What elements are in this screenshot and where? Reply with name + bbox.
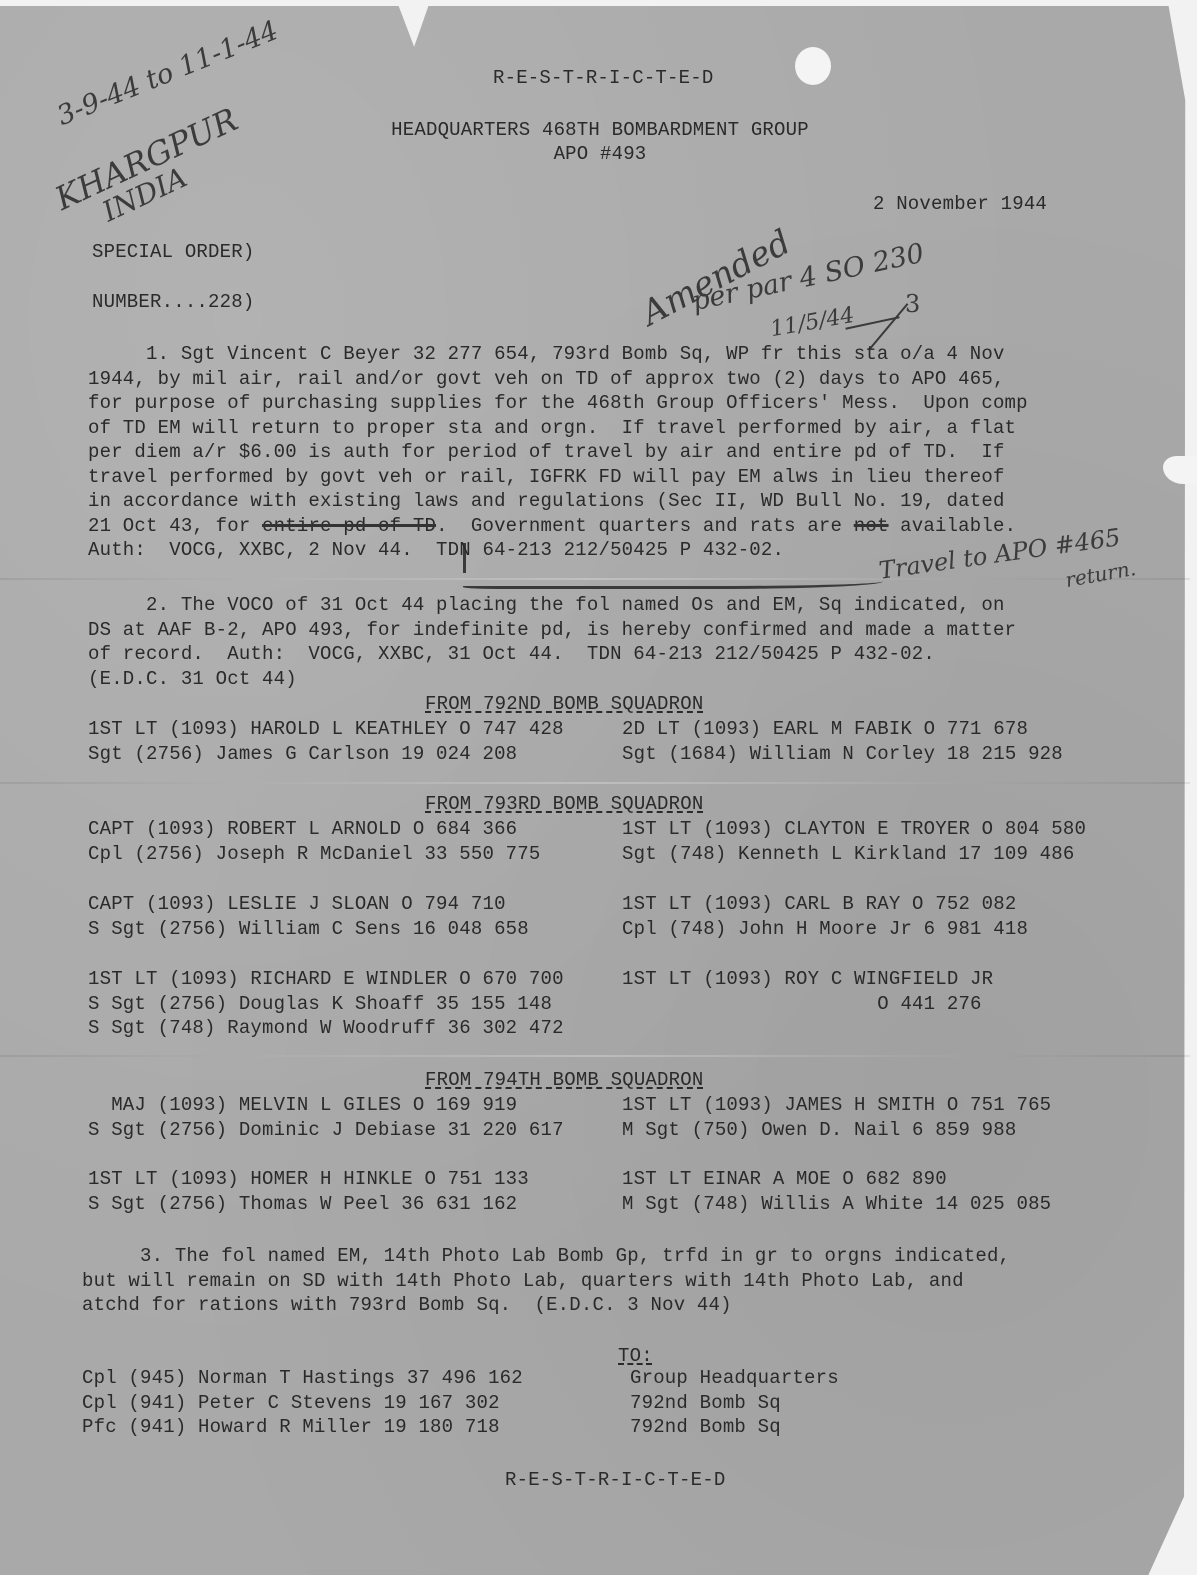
roster-entry: O 441 276 — [622, 992, 982, 1017]
roster-entry: 1ST LT EINAR A MOE O 682 890 — [622, 1167, 947, 1192]
p1-line: for purpose of purchasing supplies for t… — [88, 391, 1028, 416]
squadron-heading: FROM 792ND BOMB SQUADRON — [425, 692, 703, 717]
roster-entry: Cpl (2756) Joseph R McDaniel 33 550 775 — [88, 842, 540, 867]
roster-entry: 1ST LT (1093) CLAYTON E TROYER O 804 580 — [622, 817, 1086, 842]
p2-line: DS at AAF B-2, APO 493, for indefinite p… — [88, 618, 1016, 643]
roster-entry: 1ST LT (1093) JAMES H SMITH O 751 765 — [622, 1093, 1051, 1118]
roster-entry: Sgt (2756) James G Carlson 19 024 208 — [88, 742, 517, 767]
order-number: NUMBER....228) — [92, 290, 254, 315]
transfer-destination: Group Headquarters — [630, 1366, 839, 1391]
unit-heading: HEADQUARTERS 468TH BOMBARDMENT GROUP — [300, 118, 900, 143]
fold-line — [0, 1055, 1190, 1057]
roster-entry: Sgt (748) Kenneth L Kirkland 17 109 486 — [622, 842, 1074, 867]
paragraph-3: 3. The fol named EM, 14th Photo Lab Bomb… — [82, 1244, 1010, 1318]
text: available. — [889, 515, 1017, 537]
apo-heading: APO #493 — [300, 142, 900, 167]
special-order-label: SPECIAL ORDER) — [92, 240, 254, 265]
p1-line: 1944, by mil air, rail and/or govt veh o… — [88, 367, 1028, 392]
paragraph-2: 2. The VOCO of 31 Oct 44 placing the fol… — [88, 593, 1016, 691]
roster-entry: 1ST LT (1093) ROY C WINGFIELD JR — [622, 967, 993, 992]
roster-entry: M Sgt (748) Willis A White 14 025 085 — [622, 1192, 1051, 1217]
roster-entry: S Sgt (2756) William C Sens 16 048 658 — [88, 917, 529, 942]
roster-entry: 1ST LT (1093) RICHARD E WINDLER O 670 70… — [88, 967, 564, 992]
struck-text: entire pd of TD — [262, 515, 436, 537]
p1-line: per diem a/r $6.00 is auth for period of… — [88, 440, 1028, 465]
p1-line: Auth: VOCG, XXBC, 2 Nov 44. TDN 64-213 2… — [88, 538, 1028, 563]
transfer-person: Cpl (945) Norman T Hastings 37 496 162 — [82, 1366, 523, 1391]
p1-line: travel performed by govt veh or rail, IG… — [88, 465, 1028, 490]
roster-entry: S Sgt (2756) Douglas K Shoaff 35 155 148 — [88, 992, 552, 1017]
p1-line: in accordance with existing laws and reg… — [88, 489, 1028, 514]
transfer-destination: 792nd Bomb Sq — [630, 1391, 781, 1416]
p3-line: atchd for rations with 793rd Bomb Sq. (E… — [82, 1293, 1010, 1318]
p1-line: 1. Sgt Vincent C Beyer 32 277 654, 793rd… — [88, 342, 1028, 367]
p2-line: 2. The VOCO of 31 Oct 44 placing the fol… — [88, 593, 1016, 618]
p3-line: 3. The fol named EM, 14th Photo Lab Bomb… — [82, 1244, 1010, 1269]
transfer-person: Pfc (941) Howard R Miller 19 180 718 — [82, 1415, 500, 1440]
roster-entry: S Sgt (2756) Dominic J Debiase 31 220 61… — [88, 1118, 564, 1143]
p3-line: but will remain on SD with 14th Photo La… — [82, 1269, 1010, 1294]
squadron-heading: FROM 794TH BOMB SQUADRON — [425, 1068, 703, 1093]
roster-entry: 2D LT (1093) EARL M FABIK O 771 678 — [622, 717, 1028, 742]
roster-entry: M Sgt (750) Owen D. Nail 6 859 988 — [622, 1118, 1016, 1143]
roster-entry: S Sgt (748) Raymond W Woodruff 36 302 47… — [88, 1016, 564, 1041]
roster-entry: 1ST LT (1093) HAROLD L KEATHLEY O 747 42… — [88, 717, 564, 742]
p1-line: of TD EM will return to proper sta and o… — [88, 416, 1028, 441]
roster-entry: MAJ (1093) MELVIN L GILES O 169 919 — [88, 1093, 517, 1118]
text: . Government quarters and rats are — [436, 515, 854, 537]
insertion-mark — [463, 570, 883, 589]
to-heading: TO: — [618, 1344, 653, 1369]
paragraph-1: 1. Sgt Vincent C Beyer 32 277 654, 793rd… — [88, 342, 1028, 563]
squadron-heading: FROM 793RD BOMB SQUADRON — [425, 792, 703, 817]
p2-line: (E.D.C. 31 Oct 44) — [88, 667, 1016, 692]
fold-line — [0, 782, 1190, 784]
order-date: 2 November 1944 — [873, 192, 1047, 217]
classification-bottom: R-E-S-T-R-I-C-T-E-D — [505, 1468, 725, 1493]
transfer-person: Cpl (941) Peter C Stevens 19 167 302 — [82, 1391, 500, 1416]
roster-entry: S Sgt (2756) Thomas W Peel 36 631 162 — [88, 1192, 517, 1217]
p2-line: of record. Auth: VOCG, XXBC, 31 Oct 44. … — [88, 642, 1016, 667]
roster-entry: 1ST LT (1093) CARL B RAY O 752 082 — [622, 892, 1016, 917]
struck-text: not — [854, 515, 889, 537]
roster-entry: CAPT (1093) LESLIE J SLOAN O 794 710 — [88, 892, 506, 917]
transfer-destination: 792nd Bomb Sq — [630, 1415, 781, 1440]
classification-top: R-E-S-T-R-I-C-T-E-D — [493, 66, 713, 91]
punch-hole — [795, 47, 831, 85]
p1-line-amended: 21 Oct 43, for entire pd of TD. Governme… — [88, 514, 1028, 539]
roster-entry: 1ST LT (1093) HOMER H HINKLE O 751 133 — [88, 1167, 529, 1192]
roster-entry: Sgt (1684) William N Corley 18 215 928 — [622, 742, 1063, 767]
roster-entry: CAPT (1093) ROBERT L ARNOLD O 684 366 — [88, 817, 517, 842]
text: 21 Oct 43, for — [88, 515, 262, 537]
roster-entry: Cpl (748) John H Moore Jr 6 981 418 — [622, 917, 1028, 942]
